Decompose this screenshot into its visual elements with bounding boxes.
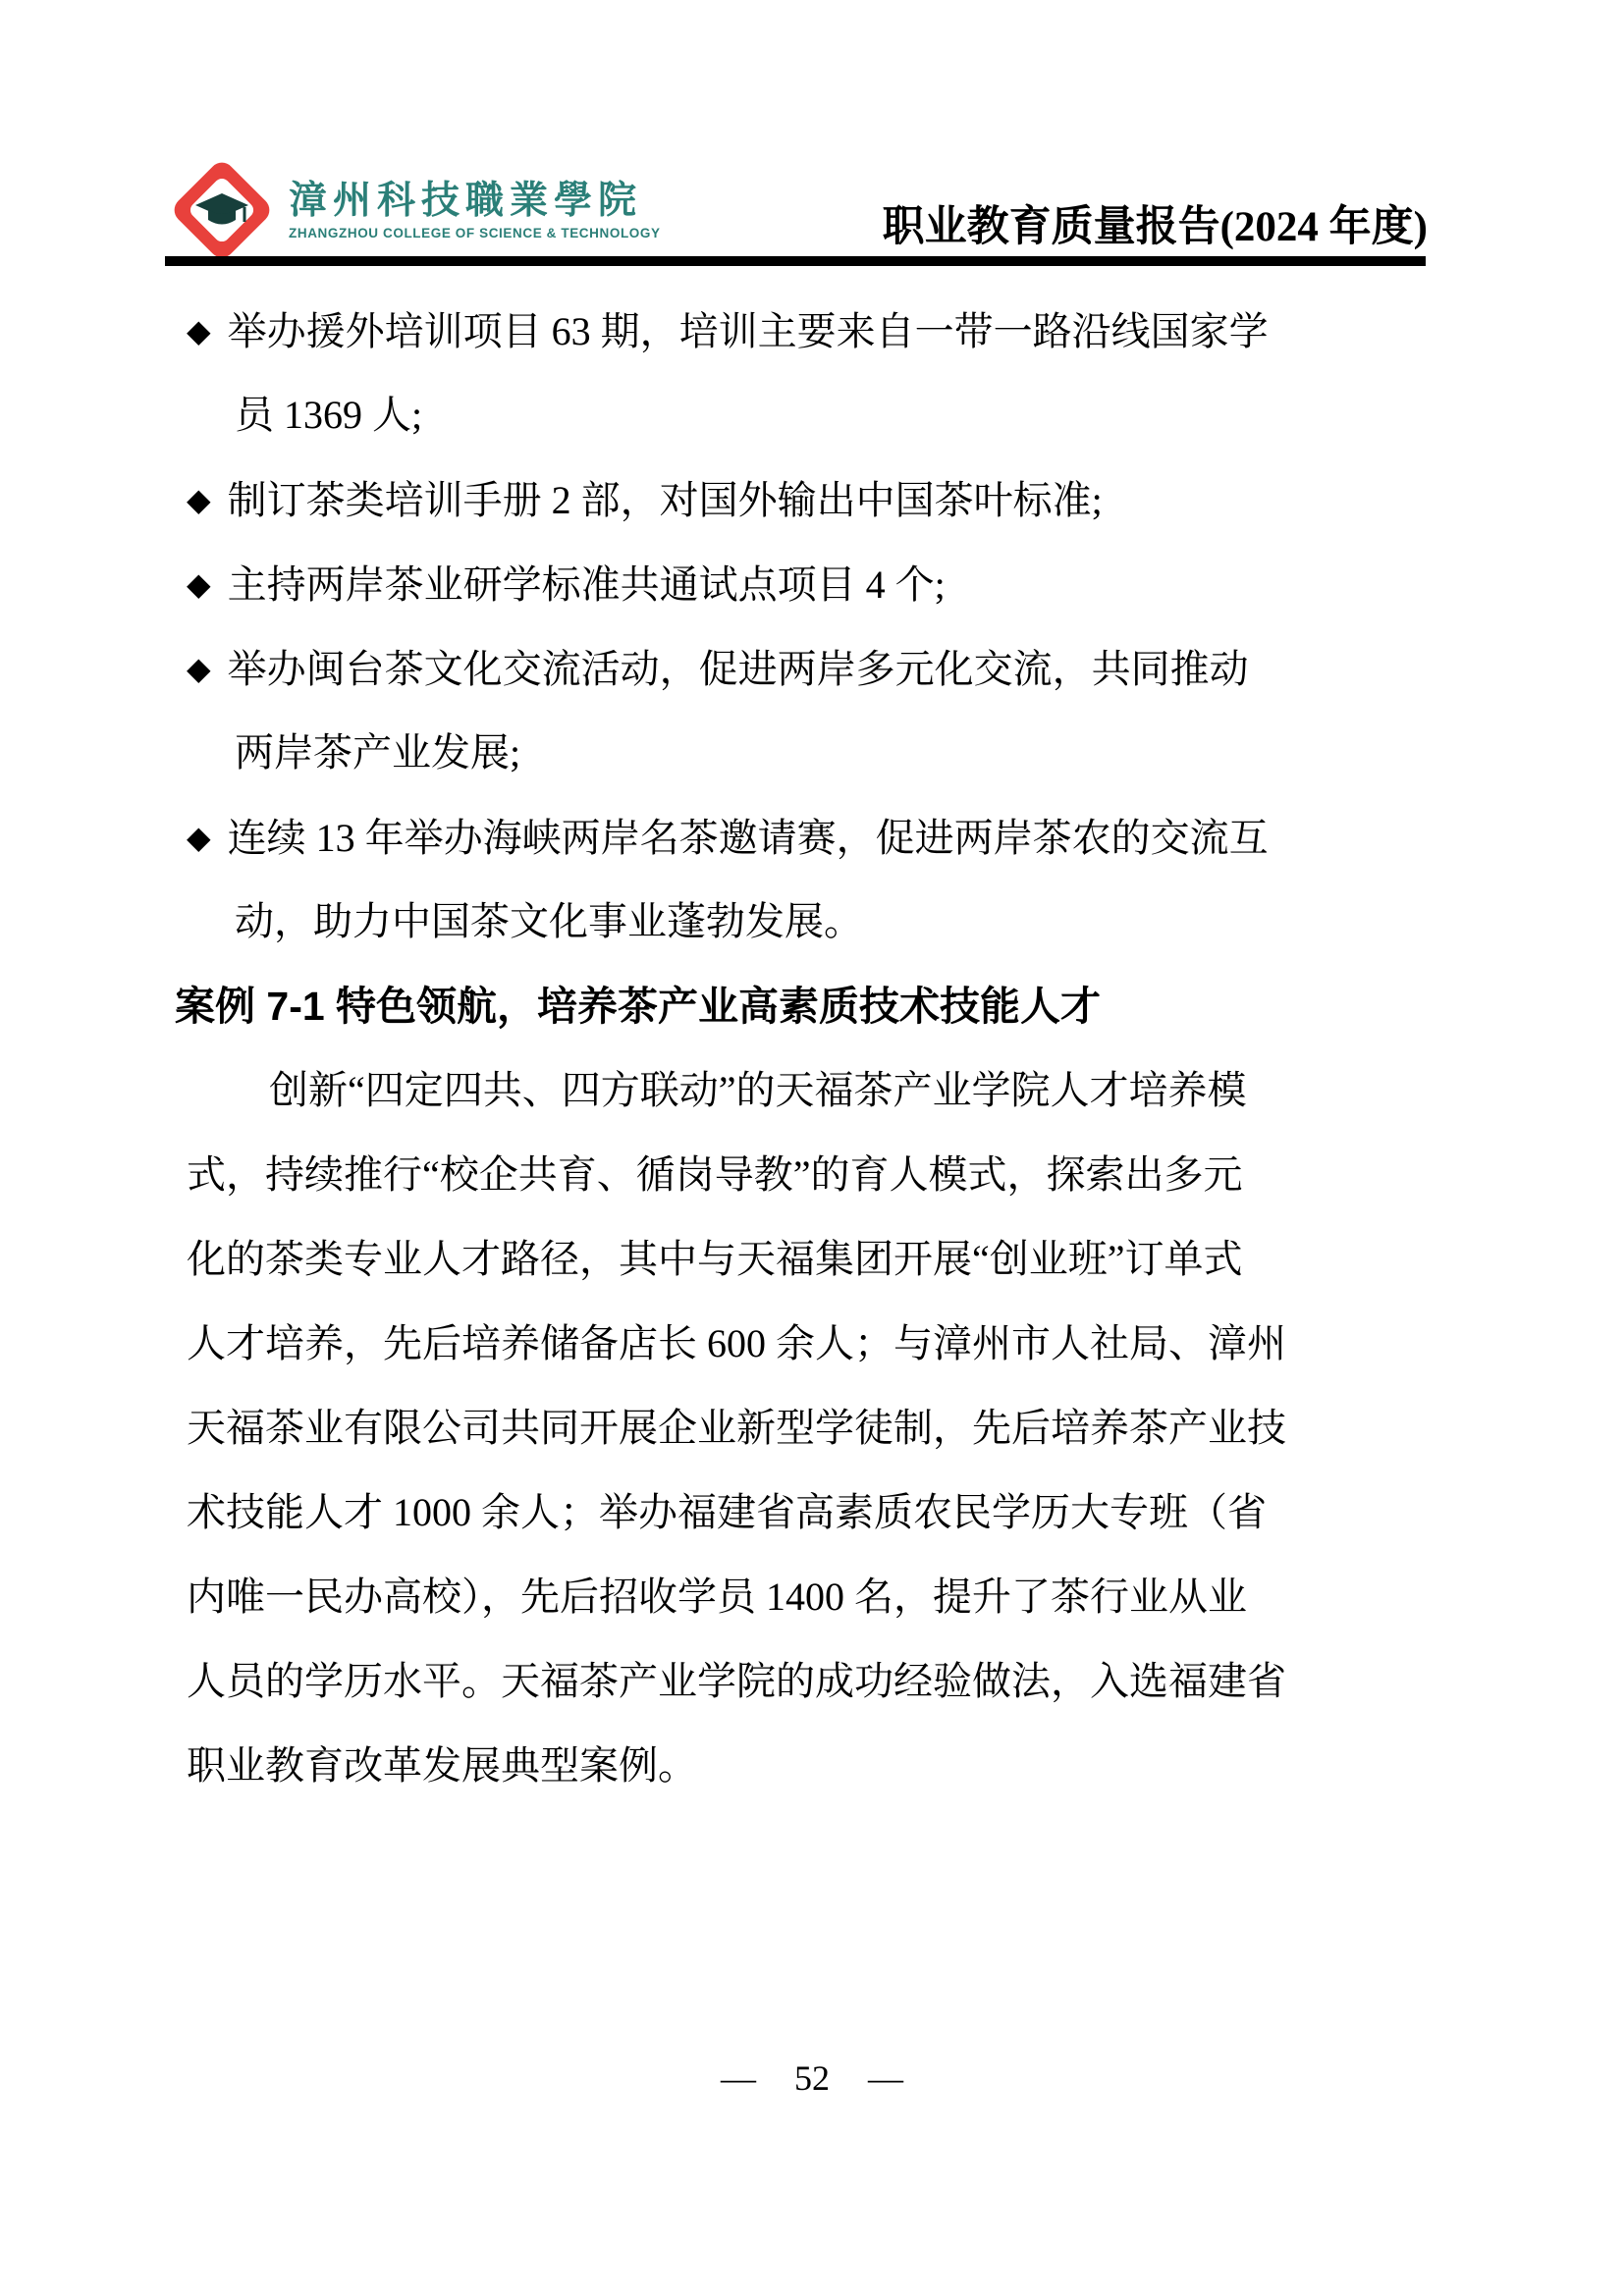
paragraph-line: 人员的学历水平。天福茶产业学院的成功经验做法，入选福建省 xyxy=(187,1639,1443,1724)
list-item-text: 举办闽台茶文化交流活动，促进两岸多元化交流，共同推动 xyxy=(228,647,1249,691)
paragraph-line: 化的茶类专业人才路径，其中与天福集团开展“创业班”订单式 xyxy=(187,1217,1443,1302)
list-item-text: 动，助力中国茶文化事业蓬勃发展。 xyxy=(187,880,1443,964)
diamond-bullet-icon: ◆ xyxy=(187,565,211,603)
case-heading: 案例 7-1 特色领航，培养茶产业高素质技术技能人才 xyxy=(175,964,1443,1048)
list-item: ◆主持两岸茶业研学标准共通试点项目 4 个; xyxy=(187,542,1443,626)
diamond-bullet-icon: ◆ xyxy=(187,312,211,349)
college-logo-text: 漳州科技職業學院 ZHANGZHOU COLLEGE OF SCIENCE & … xyxy=(289,180,661,241)
header-divider xyxy=(165,256,1426,266)
list-item-text: 连续 13 年举办海峡两岸名茶邀请赛，促进两岸茶农的交流互 xyxy=(228,816,1269,860)
page-number: — 52 — xyxy=(0,2057,1624,2099)
college-name-english: ZHANGZHOU COLLEGE OF SCIENCE & TECHNOLOG… xyxy=(289,226,661,240)
list-item: ◆连续 13 年举办海峡两岸名茶邀请赛，促进两岸茶农的交流互 xyxy=(187,795,1443,880)
paragraph-line: 职业教育改革发展典型案例。 xyxy=(187,1724,1443,1808)
paragraph-line: 术技能人才 1000 余人；举办福建省高素质农民学历大专班（省 xyxy=(187,1470,1443,1555)
diamond-bullet-icon: ◆ xyxy=(187,650,211,687)
paragraph-line: 创新“四定四共、四方联动”的天福茶产业学院人才培养模 xyxy=(187,1048,1443,1133)
list-item-text: 员 1369 人; xyxy=(187,373,1443,457)
list-item-text: 制订茶类培训手册 2 部，对国外输出中国茶叶标准; xyxy=(228,478,1103,522)
paragraph-line: 内唯一民办高校），先后招收学员 1400 名，提升了茶行业从业 xyxy=(187,1555,1443,1639)
college-logo: 漳州科技職業學院 ZHANGZHOU COLLEGE OF SCIENCE & … xyxy=(167,159,661,261)
list-item: ◆制订茶类培训手册 2 部，对国外输出中国茶叶标准; xyxy=(187,457,1443,542)
diamond-bullet-icon: ◆ xyxy=(187,481,211,518)
graduation-cap-diamond-icon xyxy=(167,159,277,261)
page-content: ◆举办援外培训项目 63 期，培训主要来自一带一路沿线国家学 员 1369 人;… xyxy=(187,289,1443,1808)
diamond-bullet-icon: ◆ xyxy=(187,819,211,856)
list-item-text: 主持两岸茶业研学标准共通试点项目 4 个; xyxy=(228,562,946,607)
paragraph-line: 式，持续推行“校企共育、循岗导教”的育人模式，探索出多元 xyxy=(187,1133,1443,1217)
list-item-text: 两岸茶产业发展; xyxy=(187,711,1443,795)
paragraph-line: 人才培养，先后培养储备店长 600 余人；与漳州市人社局、漳州 xyxy=(187,1302,1443,1386)
document-page: 漳州科技職業學院 ZHANGZHOU COLLEGE OF SCIENCE & … xyxy=(0,0,1624,2296)
paragraph-line: 天福茶业有限公司共同开展企业新型学徒制，先后培养茶产业技 xyxy=(187,1386,1443,1470)
page-header: 漳州科技職業學院 ZHANGZHOU COLLEGE OF SCIENCE & … xyxy=(167,159,1428,261)
report-title: 职业教育质量报告(2024 年度) xyxy=(883,193,1428,261)
list-item-text: 举办援外培训项目 63 期，培训主要来自一带一路沿线国家学 xyxy=(228,309,1269,353)
college-name-chinese: 漳州科技職業學院 xyxy=(289,180,661,224)
list-item: ◆举办援外培训项目 63 期，培训主要来自一带一路沿线国家学 xyxy=(187,289,1443,373)
list-item: ◆举办闽台茶文化交流活动，促进两岸多元化交流，共同推动 xyxy=(187,626,1443,711)
